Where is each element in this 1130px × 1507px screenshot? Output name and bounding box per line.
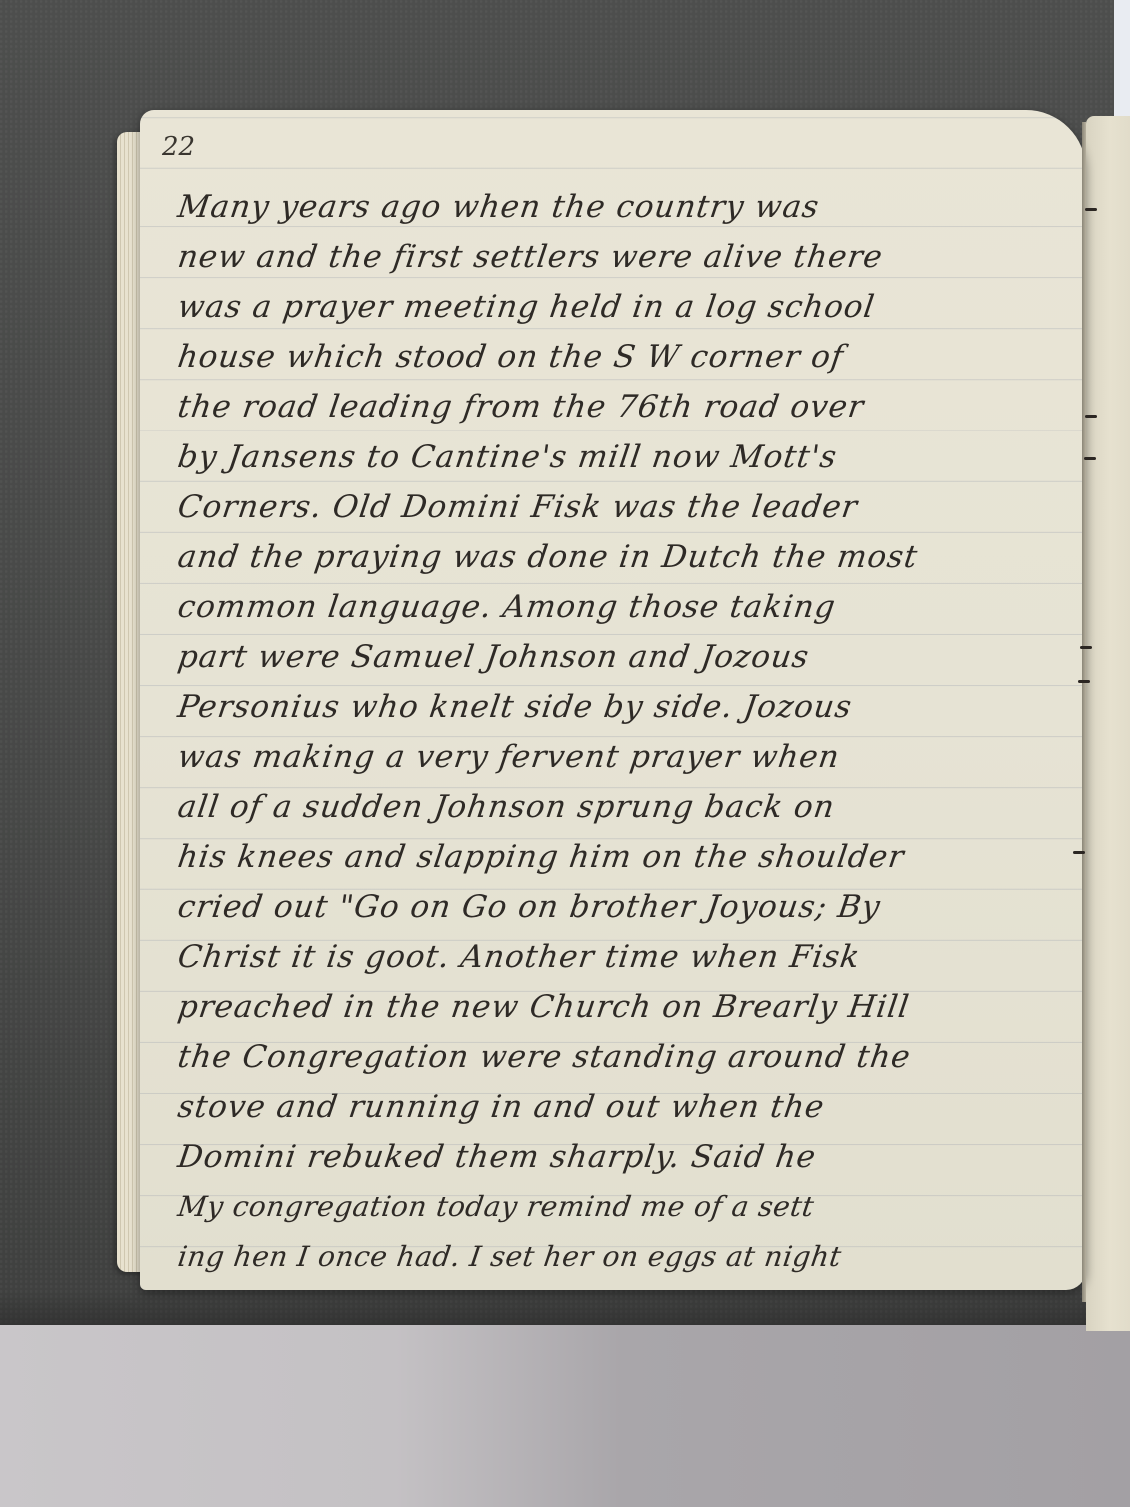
text-line: preached in the new Church on Brearly Hi… (174, 982, 1081, 1032)
text-line: and the praying was done in Dutch the mo… (174, 532, 1081, 582)
text-line: his knees and slapping him on the should… (174, 832, 1081, 882)
text-line: new and the first settlers were alive th… (174, 232, 1081, 282)
text-line: part were Samuel Johnson and Jozous (174, 632, 1081, 682)
binding-stitch (1085, 415, 1097, 418)
binding-stitch (1080, 646, 1092, 649)
facing-page-edge (1086, 116, 1130, 1331)
white-card-corner (1114, 0, 1130, 118)
text-line: Corners. Old Domini Fisk was the leader (174, 482, 1081, 532)
text-line: the Congregation were standing around th… (174, 1032, 1081, 1082)
text-line: Many years ago when the country was (174, 182, 1081, 232)
text-line: Domini rebuked them sharply. Said he (174, 1132, 1081, 1182)
text-line: was making a very fervent prayer when (174, 732, 1081, 782)
table-surface (0, 1325, 1130, 1507)
text-line: by Jansens to Cantine's mill now Mott's (174, 432, 1081, 482)
binding-gutter (1082, 122, 1086, 1302)
text-line: and in the morning she set standing. It … (174, 1282, 1081, 1290)
text-line: common language. Among those taking (174, 582, 1081, 632)
handwritten-text: Many years ago when the country was new … (178, 182, 1078, 1290)
page-number: 22 (162, 132, 195, 162)
text-line: cried out "Go on Go on brother Joyous; B… (174, 882, 1081, 932)
text-line: house which stood on the S W corner of (174, 332, 1081, 382)
text-line: all of a sudden Johnson sprung back on (174, 782, 1081, 832)
text-line: Personius who knelt side by side. Jozous (174, 682, 1081, 732)
binding-stitch (1078, 680, 1090, 683)
text-line: My congregation today remind me of a set… (174, 1182, 1081, 1232)
text-line: the road leading from the 76th road over (174, 382, 1081, 432)
binding-stitch (1085, 208, 1097, 211)
text-line: Christ it is goot. Another time when Fis… (174, 932, 1081, 982)
notebook-page: 22 Many years ago when the country was n… (140, 110, 1086, 1290)
text-line: ing hen I once had. I set her on eggs at… (174, 1232, 1081, 1282)
binding-stitch (1073, 851, 1085, 854)
text-line: was a prayer meeting held in a log schoo… (174, 282, 1081, 332)
binding-stitch (1084, 457, 1096, 460)
text-line: stove and running in and out when the (174, 1082, 1081, 1132)
